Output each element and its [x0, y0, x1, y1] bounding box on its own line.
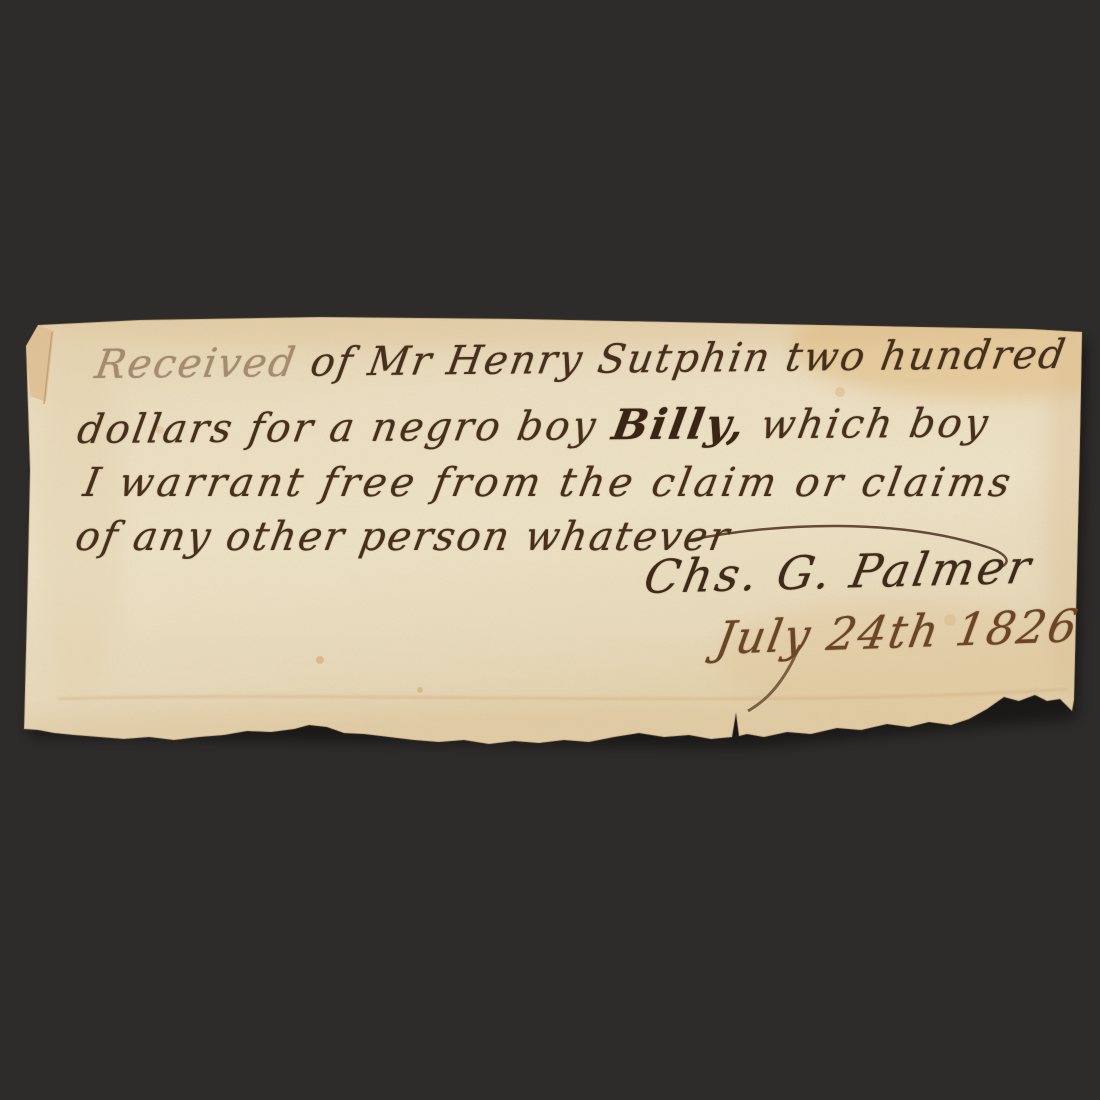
foxing-spot: [417, 687, 423, 693]
photo-background: Received of Mr Henry Sutphin two hundred…: [0, 0, 1100, 1100]
foxing-spot: [835, 387, 845, 397]
paper-photo: [0, 0, 1100, 1100]
foxing-spot: [156, 426, 164, 434]
foxing-spot: [316, 656, 324, 664]
stain-top-band: [40, 303, 1080, 347]
stain-left-edge: [40, 340, 120, 700]
foxing-spot: [944, 614, 956, 626]
